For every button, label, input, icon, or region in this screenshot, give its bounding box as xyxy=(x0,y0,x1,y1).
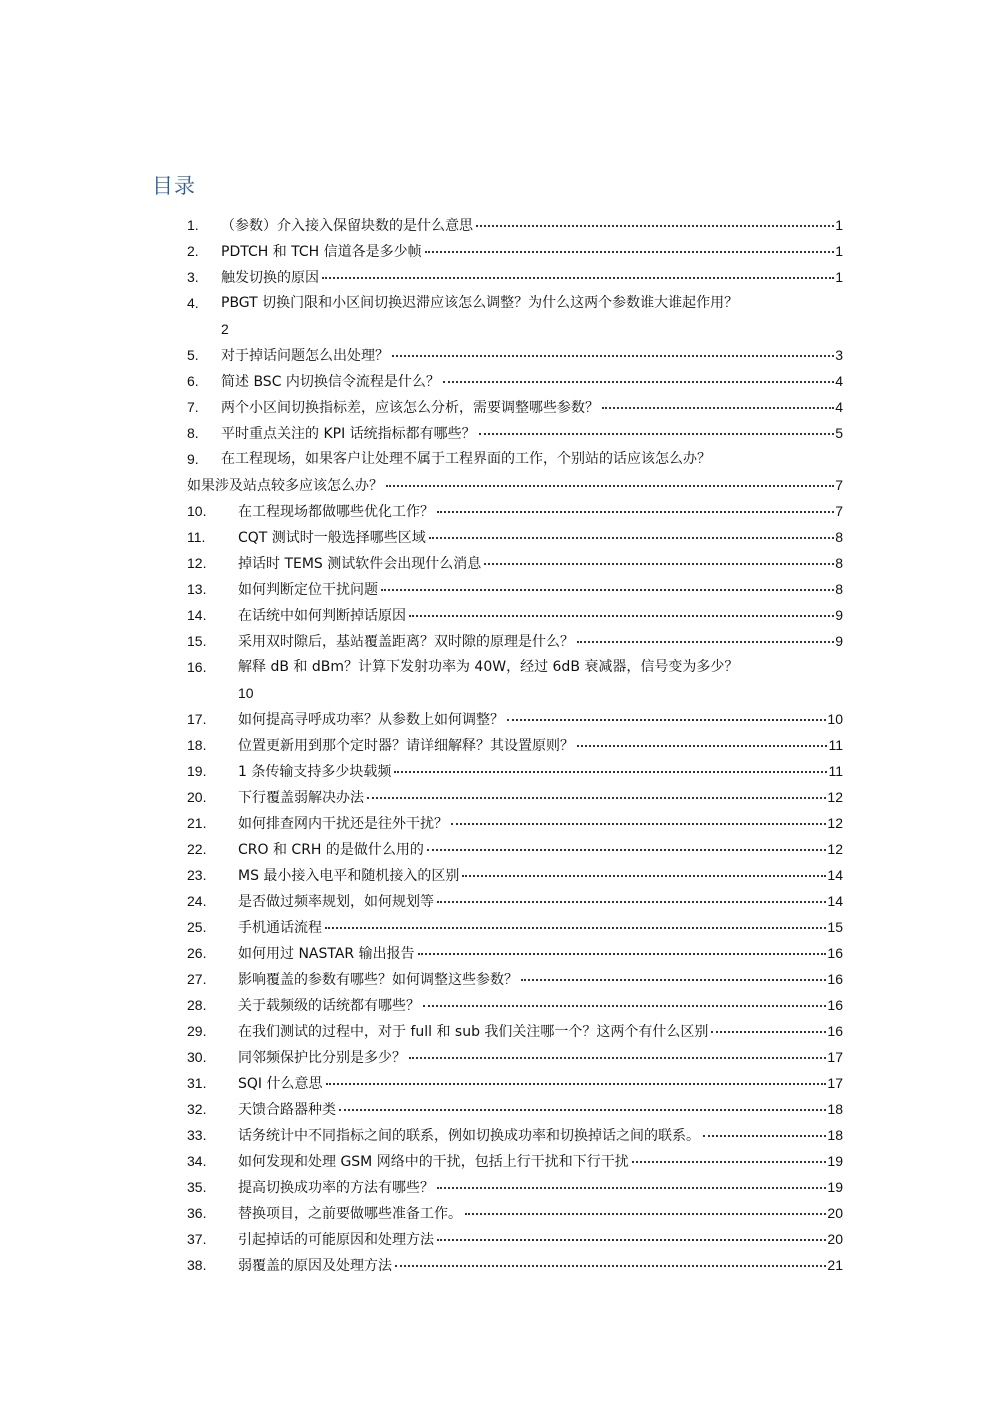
toc-entry[interactable]: 36.替换项目，之前要做哪些准备工作。20 xyxy=(0,1200,993,1226)
toc-entry-page: 21 xyxy=(827,1252,843,1278)
dot-leader xyxy=(437,1239,826,1241)
toc-entry-page: 1 xyxy=(835,238,843,264)
dot-leader xyxy=(423,1005,826,1007)
dot-leader xyxy=(443,381,834,383)
toc-entry[interactable]: 16.解释 dB 和 dBm？计算下发射功率为 40W，经过 6dB 衰减器，信… xyxy=(0,654,993,706)
toc-entry-page: 16 xyxy=(827,992,843,1018)
toc-entry[interactable]: 25.手机通话流程15 xyxy=(0,914,993,940)
toc-entry-link[interactable]: 简述 BSC 内切换信令流程是什么？ xyxy=(221,369,442,395)
toc-entry-number: 30. xyxy=(187,1044,227,1070)
dot-leader xyxy=(392,355,834,357)
toc-entry-number: 12. xyxy=(187,550,227,576)
toc-entry-page: 18 xyxy=(827,1122,843,1148)
toc-entry-page: 10 xyxy=(238,680,254,706)
toc-entry-number: 35. xyxy=(187,1174,227,1200)
dot-leader xyxy=(395,1265,826,1267)
toc-entry-link[interactable]: 关于载频级的话统都有哪些？ xyxy=(238,993,422,1019)
toc-list: 1.（参数）介入接入保留块数的是什么意思12.PDTCH 和 TCH 信道各是多… xyxy=(0,212,993,1278)
toc-entry-link[interactable]: 同邻频保护比分别是多少？ xyxy=(238,1045,408,1071)
toc-entry-number: 16. xyxy=(187,654,227,680)
dot-leader xyxy=(521,979,826,981)
toc-entry-link[interactable]: CRO 和 CRH 的是做什么用的 xyxy=(238,837,426,863)
toc-entry-page: 12 xyxy=(827,784,843,810)
toc-entry-link[interactable]: CQT 测试时一般选择哪些区域 xyxy=(238,525,428,551)
toc-entry-link[interactable]: 下行覆盖弱解决办法 xyxy=(238,785,366,811)
toc-entry-page: 11 xyxy=(828,732,843,758)
dot-leader xyxy=(381,589,834,591)
toc-entry-number: 36. xyxy=(187,1200,227,1226)
dot-leader xyxy=(409,1057,826,1059)
toc-entry-page: 3 xyxy=(835,342,843,368)
toc-entry[interactable]: 21.如何排查网内干扰还是往外干扰？12 xyxy=(0,810,993,836)
dot-leader xyxy=(602,407,834,409)
toc-entry[interactable]: 10.在工程现场都做哪些优化工作？7 xyxy=(0,498,993,524)
toc-entry-link[interactable]: SQI 什么意思 xyxy=(238,1071,325,1097)
toc-title: 目录 xyxy=(152,172,196,200)
toc-entry-number: 26. xyxy=(187,940,227,966)
toc-entry-link[interactable]: 对于掉话问题怎么出处理？ xyxy=(221,343,391,369)
toc-entry-number: 24. xyxy=(187,888,227,914)
toc-entry[interactable]: 32.天馈合路器种类18 xyxy=(0,1096,993,1122)
toc-entry-link[interactable]: 如何发现和处理 GSM 网络中的干扰，包括上行干扰和下行干扰 xyxy=(238,1149,631,1175)
toc-entry-number: 34. xyxy=(187,1148,227,1174)
toc-entry[interactable]: 8.平时重点关注的 KPI 话统指标都有哪些？5 xyxy=(0,420,993,446)
toc-entry-page: 7 xyxy=(835,472,843,498)
dot-leader xyxy=(577,745,827,747)
toc-entry-number: 25. xyxy=(187,914,227,940)
toc-entry[interactable]: 27.影响覆盖的参数有哪些？如何调整这些参数？16 xyxy=(0,966,993,992)
dot-leader xyxy=(437,901,826,903)
dot-leader xyxy=(703,1135,826,1137)
toc-entry-link[interactable]: 引起掉话的可能原因和处理方法 xyxy=(238,1227,436,1253)
toc-entry-page: 4 xyxy=(835,368,843,394)
toc-entry-page: 4 xyxy=(835,394,843,420)
toc-entry-link-continued[interactable]: 如果涉及站点较多应该怎么办？ xyxy=(187,473,385,499)
dot-leader xyxy=(577,641,834,643)
toc-entry-page: 1 xyxy=(835,212,843,238)
toc-entry-number: 27. xyxy=(187,966,227,992)
toc-entry-number: 38. xyxy=(187,1252,227,1278)
dot-leader xyxy=(418,953,827,955)
toc-entry-number: 15. xyxy=(187,628,227,654)
dot-leader xyxy=(479,433,835,435)
toc-entry-number: 10. xyxy=(187,498,227,524)
dot-leader xyxy=(367,797,826,799)
toc-entry-page: 17 xyxy=(827,1044,843,1070)
toc-entry[interactable]: 20.下行覆盖弱解决办法12 xyxy=(0,784,993,810)
toc-entry-page: 9 xyxy=(835,602,843,628)
toc-entry-page: 14 xyxy=(827,888,843,914)
dot-leader xyxy=(429,537,834,539)
toc-entry[interactable]: 35.提高切换成功率的方法有哪些？19 xyxy=(0,1174,993,1200)
toc-entry[interactable]: 13.如何判断定位干扰问题8 xyxy=(0,576,993,602)
dot-leader xyxy=(437,511,834,513)
toc-entry-page: 14 xyxy=(827,862,843,888)
toc-entry-link[interactable]: 如何用过 NASTAR 输出报告 xyxy=(238,941,417,967)
toc-entry[interactable]: 3.触发切换的原因1 xyxy=(0,264,993,290)
toc-entry[interactable]: 28.关于载频级的话统都有哪些？16 xyxy=(0,992,993,1018)
toc-entry-link[interactable]: 在我们测试的过程中，对于 full 和 sub 我们关注哪一个？这两个有什么区别 xyxy=(238,1019,710,1045)
dot-leader xyxy=(322,277,834,279)
toc-entry-link[interactable]: 天馈合路器种类 xyxy=(238,1097,338,1123)
toc-entry[interactable]: 30.同邻频保护比分别是多少？17 xyxy=(0,1044,993,1070)
toc-entry[interactable]: 5.对于掉话问题怎么出处理？3 xyxy=(0,342,993,368)
dot-leader xyxy=(484,563,834,565)
toc-entry-page: 1 xyxy=(835,264,843,290)
toc-entry-page: 8 xyxy=(835,550,843,576)
toc-entry-number: 28. xyxy=(187,992,227,1018)
toc-entry-number: 13. xyxy=(187,576,227,602)
toc-entry-page: 5 xyxy=(835,420,843,446)
toc-entry-page: 19 xyxy=(827,1174,843,1200)
dot-leader xyxy=(711,1031,826,1033)
toc-entry-link[interactable]: 是否做过频率规划，如何规划等 xyxy=(238,889,436,915)
toc-entry-link[interactable]: 话务统计中不同指标之间的联系，例如切换成功率和切换掉话之间的联系。 xyxy=(238,1123,702,1149)
toc-entry-link[interactable]: PBGT 切换门限和小区间切换迟滞应该怎么调整？为什么这两个参数谁大谁起作用？ xyxy=(221,290,738,316)
toc-entry-link[interactable]: 如何提高寻呼成功率？从参数上如何调整？ xyxy=(238,707,506,733)
dot-leader xyxy=(437,1187,826,1189)
toc-entry-page: 12 xyxy=(827,810,843,836)
toc-entry-link[interactable]: 提高切换成功率的方法有哪些？ xyxy=(238,1175,436,1201)
toc-entry-page: 11 xyxy=(828,758,843,784)
toc-entry-link[interactable]: 采用双时隙后，基站覆盖距离？双时隙的原理是什么？ xyxy=(238,629,576,655)
toc-entry-page: 2 xyxy=(221,316,229,342)
dot-leader xyxy=(386,485,834,487)
toc-entry[interactable]: 11.CQT 测试时一般选择哪些区域8 xyxy=(0,524,993,550)
toc-entry-page: 19 xyxy=(827,1148,843,1174)
toc-entry-page: 8 xyxy=(835,576,843,602)
toc-entry-link[interactable]: 弱覆盖的原因及处理方法 xyxy=(238,1253,394,1279)
toc-entry[interactable]: 37.引起掉话的可能原因和处理方法20 xyxy=(0,1226,993,1252)
toc-entry-link[interactable]: 在话统中如何判断掉话原因 xyxy=(238,603,408,629)
dot-leader xyxy=(507,719,826,721)
dot-leader xyxy=(425,251,835,253)
toc-entry-link[interactable]: 平时重点关注的 KPI 话统指标都有哪些？ xyxy=(221,421,478,447)
toc-entry-page: 20 xyxy=(827,1226,843,1252)
dot-leader xyxy=(462,875,826,877)
toc-entry-page: 10 xyxy=(827,706,843,732)
toc-entry[interactable]: 1.（参数）介入接入保留块数的是什么意思1 xyxy=(0,212,993,238)
toc-entry-number: 21. xyxy=(187,810,227,836)
dot-leader xyxy=(326,1083,827,1085)
toc-entry-page: 16 xyxy=(827,1018,843,1044)
toc-entry-page: 9 xyxy=(835,628,843,654)
toc-entry[interactable]: 18.位置更新用到那个定时器？请详细解释？其设置原则？11 xyxy=(0,732,993,758)
toc-entry-link[interactable]: 掉话时 TEMS 测试软件会出现什么消息 xyxy=(238,551,483,577)
toc-entry[interactable]: 14.在话统中如何判断掉话原因9 xyxy=(0,602,993,628)
toc-entry-link[interactable]: （参数）介入接入保留块数的是什么意思 xyxy=(221,213,475,239)
toc-entry-number: 19. xyxy=(187,758,227,784)
toc-entry-link[interactable]: 位置更新用到那个定时器？请详细解释？其设置原则？ xyxy=(238,733,576,759)
toc-entry[interactable]: 9.在工程现场，如果客户让处理不属于工程界面的工作，个别站的话应该怎么办？如果涉… xyxy=(0,446,993,498)
toc-entry-number: 33. xyxy=(187,1122,227,1148)
toc-entry-page: 8 xyxy=(835,524,843,550)
toc-entry-page: 16 xyxy=(827,966,843,992)
toc-entry-number: 22. xyxy=(187,836,227,862)
toc-entry[interactable]: 7.两个小区间切换指标差，应该怎么分析，需要调整哪些参数？4 xyxy=(0,394,993,420)
toc-entry-link[interactable]: 触发切换的原因 xyxy=(221,265,321,291)
document-page: 目录 1.（参数）介入接入保留块数的是什么意思12.PDTCH 和 TCH 信道… xyxy=(0,0,993,1404)
dot-leader xyxy=(409,615,834,617)
toc-entry-link[interactable]: 在工程现场都做哪些优化工作？ xyxy=(238,499,436,525)
dot-leader xyxy=(476,225,834,227)
toc-entry-number: 14. xyxy=(187,602,227,628)
toc-entry[interactable]: 23.MS 最小接入电平和随机接入的区别14 xyxy=(0,862,993,888)
toc-entry[interactable]: 22.CRO 和 CRH 的是做什么用的12 xyxy=(0,836,993,862)
toc-entry-number: 18. xyxy=(187,732,227,758)
toc-entry[interactable]: 6.简述 BSC 内切换信令流程是什么？4 xyxy=(0,368,993,394)
toc-entry-page: 20 xyxy=(827,1200,843,1226)
dot-leader xyxy=(325,927,826,929)
toc-entry[interactable]: 12.掉话时 TEMS 测试软件会出现什么消息8 xyxy=(0,550,993,576)
toc-entry[interactable]: 17.如何提高寻呼成功率？从参数上如何调整？10 xyxy=(0,706,993,732)
toc-entry-link[interactable]: MS 最小接入电平和随机接入的区别 xyxy=(238,863,461,889)
toc-entry-link[interactable]: 解释 dB 和 dBm？计算下发射功率为 40W，经过 6dB 衰减器，信号变为… xyxy=(238,654,738,680)
toc-entry-number: 17. xyxy=(187,706,227,732)
toc-entry-link[interactable]: 如何判断定位干扰问题 xyxy=(238,577,380,603)
toc-entry-link[interactable]: 在工程现场，如果客户让处理不属于工程界面的工作，个别站的话应该怎么办？ xyxy=(221,446,711,472)
toc-entry[interactable]: 31.SQI 什么意思17 xyxy=(0,1070,993,1096)
toc-entry-number: 29. xyxy=(187,1018,227,1044)
toc-entry-page: 16 xyxy=(827,940,843,966)
dot-leader xyxy=(465,1213,826,1215)
toc-entry-link[interactable]: 两个小区间切换指标差，应该怎么分析，需要调整哪些参数？ xyxy=(221,395,601,421)
toc-entry[interactable]: 33.话务统计中不同指标之间的联系，例如切换成功率和切换掉话之间的联系。18 xyxy=(0,1122,993,1148)
dot-leader xyxy=(427,849,827,851)
toc-entry-number: 23. xyxy=(187,862,227,888)
toc-entry[interactable]: 15.采用双时隙后，基站覆盖距离？双时隙的原理是什么？9 xyxy=(0,628,993,654)
toc-entry[interactable]: 4.PBGT 切换门限和小区间切换迟滞应该怎么调整？为什么这两个参数谁大谁起作用… xyxy=(0,290,993,342)
toc-entry-link[interactable]: PDTCH 和 TCH 信道各是多少帧 xyxy=(221,239,424,265)
dot-leader xyxy=(339,1109,826,1111)
toc-entry-page: 7 xyxy=(835,498,843,524)
toc-entry[interactable]: 19.1 条传输支持多少块载频11 xyxy=(0,758,993,784)
toc-entry-link[interactable]: 影响覆盖的参数有哪些？如何调整这些参数？ xyxy=(238,967,520,993)
dot-leader xyxy=(632,1161,827,1163)
toc-entry-number: 32. xyxy=(187,1096,227,1122)
toc-entry-page: 15 xyxy=(827,914,843,940)
toc-entry[interactable]: 38.弱覆盖的原因及处理方法21 xyxy=(0,1252,993,1278)
toc-entry-number: 31. xyxy=(187,1070,227,1096)
toc-entry-page: 12 xyxy=(827,836,843,862)
toc-entry-page: 18 xyxy=(827,1096,843,1122)
toc-entry[interactable]: 26.如何用过 NASTAR 输出报告16 xyxy=(0,940,993,966)
toc-entry-link[interactable]: 1 条传输支持多少块载频 xyxy=(238,759,393,785)
dot-leader xyxy=(394,771,827,773)
toc-entry-number: 20. xyxy=(187,784,227,810)
toc-entry-link[interactable]: 手机通话流程 xyxy=(238,915,324,941)
toc-entry-number: 11. xyxy=(187,524,227,550)
toc-entry-page: 17 xyxy=(827,1070,843,1096)
toc-entry[interactable]: 2.PDTCH 和 TCH 信道各是多少帧1 xyxy=(0,238,993,264)
toc-entry[interactable]: 24.是否做过频率规划，如何规划等14 xyxy=(0,888,993,914)
toc-entry[interactable]: 29.在我们测试的过程中，对于 full 和 sub 我们关注哪一个？这两个有什… xyxy=(0,1018,993,1044)
toc-entry-link[interactable]: 如何排查网内干扰还是往外干扰？ xyxy=(238,811,450,837)
dot-leader xyxy=(451,823,826,825)
toc-entry-link[interactable]: 替换项目，之前要做哪些准备工作。 xyxy=(238,1201,464,1227)
toc-entry[interactable]: 34.如何发现和处理 GSM 网络中的干扰，包括上行干扰和下行干扰19 xyxy=(0,1148,993,1174)
toc-entry-number: 37. xyxy=(187,1226,227,1252)
